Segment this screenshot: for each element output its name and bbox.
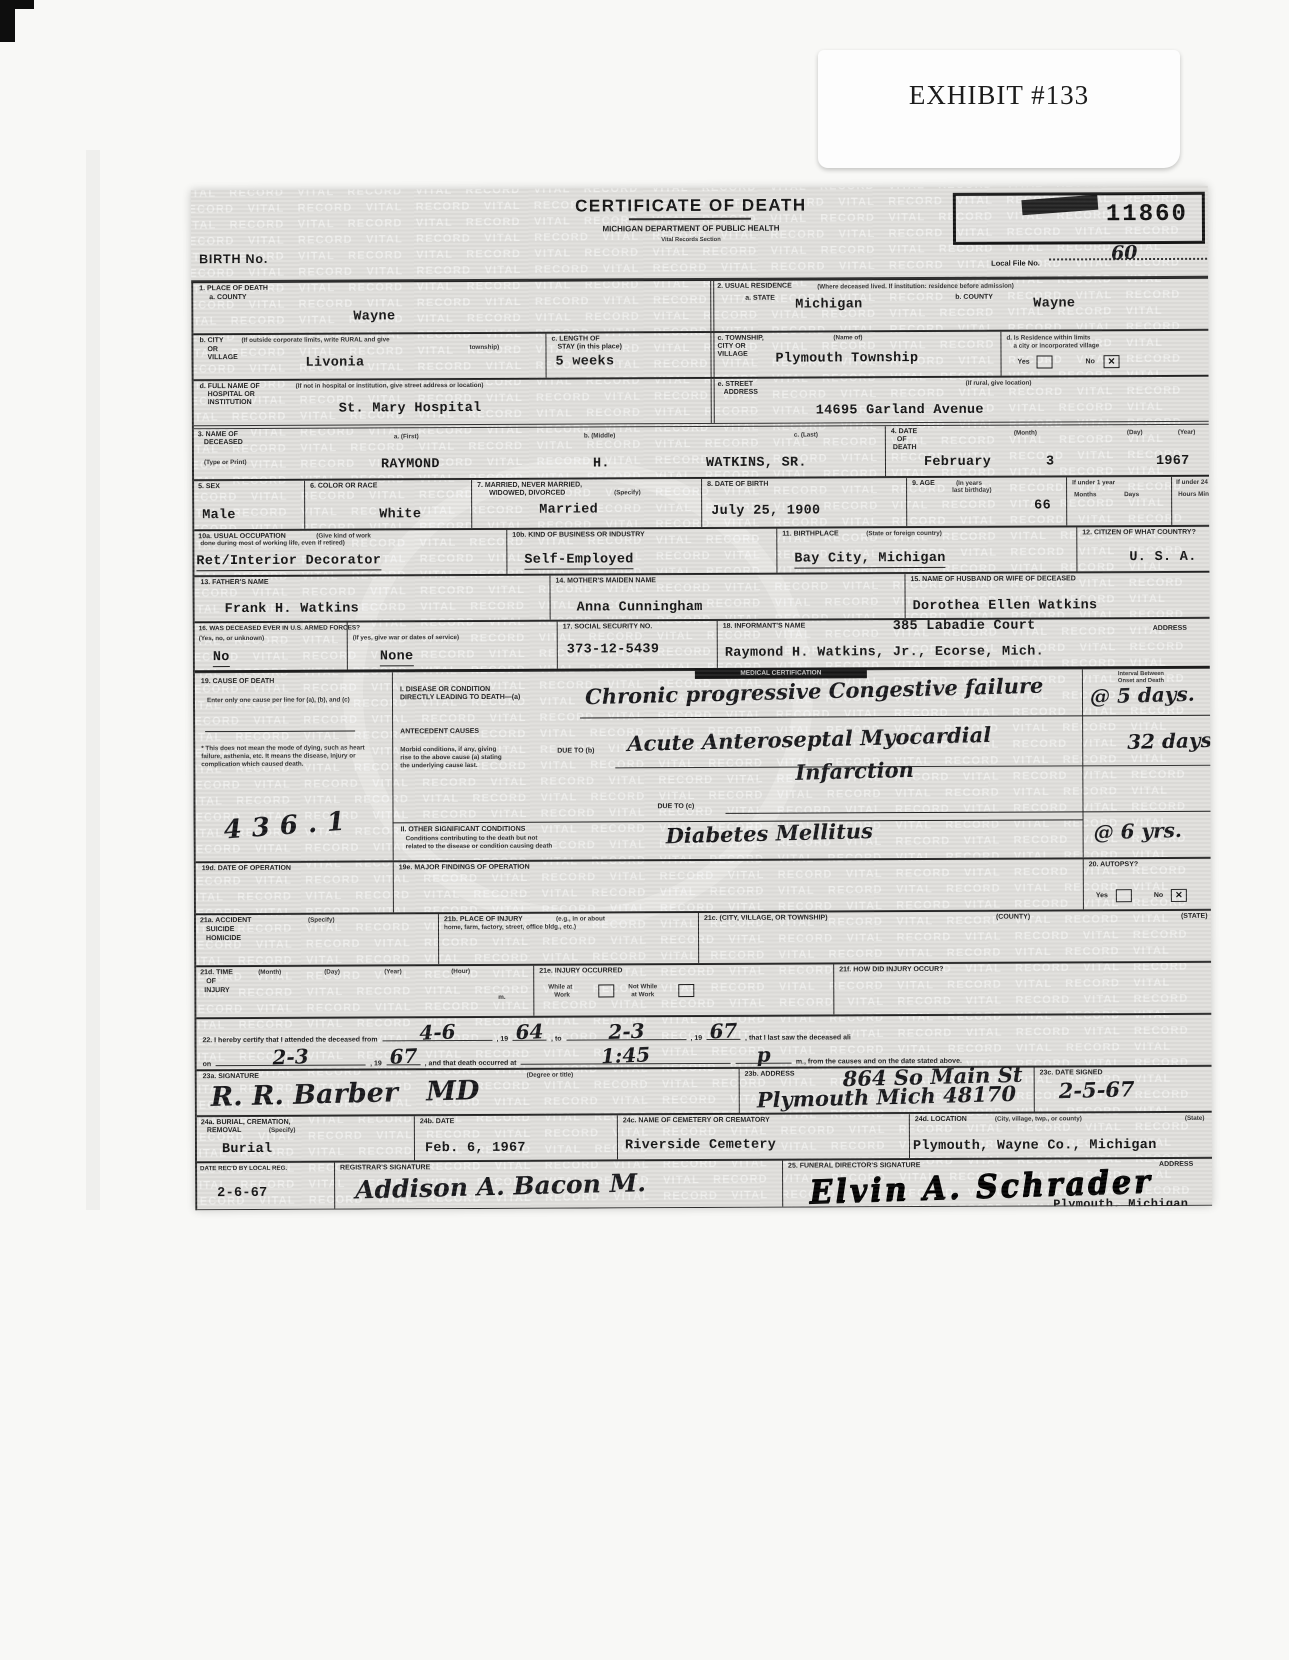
year1-value: 64: [515, 1019, 544, 1044]
part2-note1: Conditions contributing to the death but…: [406, 835, 538, 843]
autopsy-no-checkbox-checked: ✕: [1171, 889, 1187, 902]
form-body: 1. PLACE OF DEATH a. COUNTY Wayne 2. USU…: [191, 276, 1212, 1210]
year3-blank: 67: [386, 1054, 420, 1065]
hospital-value: St. Mary Hospital: [339, 402, 482, 417]
divider: [833, 964, 834, 1014]
under24-min-label: Min.: [1198, 491, 1211, 498]
exhibit-label: EXHIBIT #133: [818, 80, 1180, 111]
divider: [557, 622, 558, 669]
business-value: Self-Employed: [524, 553, 633, 569]
spouse-label: 15. NAME OF HUSBAND OR WIFE OF DECEASED: [910, 575, 1075, 584]
certify-pre: 22. I hereby certify that I attended the…: [202, 1036, 377, 1044]
county-label: a. COUNTY: [209, 294, 246, 302]
cause-note1: Enter only one cause per line for (a), (…: [207, 697, 357, 706]
informant-label: 18. INFORMANT'S NAME: [723, 623, 806, 631]
row-operation-autopsy: 19d. DATE OF OPERATION 19e. MAJOR FINDIN…: [196, 859, 1211, 915]
title-underline: [629, 218, 751, 221]
burial-date-value: Feb. 6, 1967: [425, 1142, 526, 1156]
divider: [1066, 477, 1067, 525]
divider: [393, 862, 394, 912]
last-name-label: c. (Last): [794, 431, 818, 438]
due-to-b-value2-handwritten: Infarction: [795, 757, 914, 785]
street-label2: ADDRESS: [724, 389, 758, 397]
row-name-dod: 3. NAME OF DECEASED (Type or Print) a. (…: [194, 425, 1209, 481]
row-place-residence: 1. PLACE OF DEATH a. COUNTY Wayne 2. USU…: [193, 279, 1208, 335]
row-physician-signature: 23a. SIGNATURE (Degree or title) R. R. B…: [197, 1067, 1212, 1117]
cemetery-value: Riverside Cemetery: [625, 1139, 776, 1154]
divider: [717, 621, 718, 668]
due-to-c-label: DUE TO (c): [657, 803, 694, 811]
birthplace-note: (State or foreign country): [866, 530, 942, 537]
ampm-blank: p: [735, 1053, 791, 1064]
death-time-blank: 1:45: [521, 1053, 731, 1065]
local-file-value: 60: [1111, 242, 1138, 265]
row-injury-place: 21a. ACCIDENT (Specify) SUICIDE HOMICIDE…: [196, 911, 1211, 967]
city-value: Livonia: [306, 356, 365, 370]
street-value: 14695 Garland Avenue: [816, 404, 984, 419]
city-note2: township): [469, 344, 499, 351]
rule: [726, 811, 1213, 814]
injury-hour-label: (Hour): [451, 968, 470, 975]
row-city-township: b. CITY (If outside corporate limits, wr…: [193, 331, 1208, 381]
cause-code-handwritten: 436.1: [223, 806, 356, 846]
marital-note: (Specify): [614, 489, 641, 496]
injury-occurred-label: 21e. INJURY OCCURRED: [539, 967, 622, 975]
state-value: Michigan: [795, 298, 862, 312]
business-label: 10b. KIND OF BUSINESS OR INDUSTRY: [512, 531, 644, 540]
county-value: Wayne: [353, 310, 395, 324]
city-label: b. CITY: [199, 337, 223, 345]
dod-label: 4. DATE: [891, 428, 917, 436]
row-certify-statement: 22. I hereby certify that I attended the…: [196, 1015, 1211, 1071]
limits-yes-checkbox: [1037, 355, 1053, 368]
divider: [1034, 1068, 1035, 1112]
hospital-note: (If not in hospital or institution, give…: [296, 382, 484, 390]
cemetery-label: 24c. NAME OF CEMETERY OR CREMATORY: [623, 1117, 770, 1126]
year1-blank: 64: [513, 1030, 547, 1041]
armed-forces-note: (Yes, no, or unknown): [199, 635, 264, 642]
ssn-value: 373-12-5439: [567, 643, 659, 657]
informant-address-label: ADDRESS: [1153, 625, 1187, 633]
certify-to: , to: [551, 1036, 562, 1043]
divider: [739, 1069, 740, 1113]
attended-from-blank: 4-6: [382, 1030, 492, 1041]
under24-label: If under 24 hrs.: [1176, 479, 1212, 486]
certify-tail1: , that I last saw the deceased ali: [745, 1034, 851, 1041]
birthplace-value: Bay City, Michigan: [794, 552, 945, 569]
dod-day-value: 3: [1046, 455, 1054, 469]
father-label: 13. FATHER'S NAME: [200, 579, 268, 587]
divider: [414, 1116, 415, 1160]
citizen-value: U. S. A.: [1129, 551, 1196, 565]
autopsy-label: 20. AUTOPSY?: [1089, 861, 1138, 869]
certify-19b: , 19: [690, 1035, 702, 1042]
certify-mid2: , and that death occurred at: [425, 1060, 517, 1067]
burial-date-label: 24b. DATE: [420, 1118, 455, 1126]
divider: [906, 478, 907, 526]
injury-time-label: 21d. TIME: [200, 969, 233, 977]
dob-value: July 25, 1900: [711, 504, 820, 518]
certificate-title: CERTIFICATE OF DEATH: [491, 195, 891, 217]
burial-note: (Specify): [269, 1127, 296, 1134]
scan-artifact-streak: [86, 150, 100, 1210]
divider: [1083, 859, 1084, 909]
injury-city-label: 21c. (CITY, VILLAGE, OR TOWNSHIP): [704, 914, 828, 923]
operation-date-label: 19d. DATE OF OPERATION: [202, 865, 291, 873]
dob-label: 8. DATE OF BIRTH: [707, 481, 768, 489]
row-registrar-funeral: DATE REC'D BY LOCAL REG. 2-6-67 REGISTRA…: [197, 1159, 1212, 1210]
part2-label: II. OTHER SIGNIFICANT CONDITIONS: [401, 826, 526, 835]
burial-value: Burial: [222, 1143, 272, 1157]
divider: [438, 914, 439, 964]
attended-to-value: 2-3: [607, 1019, 644, 1044]
date-received-label: DATE REC'D BY LOCAL REG.: [200, 1165, 287, 1173]
hospital-label3: INSTITUTION: [208, 399, 252, 407]
war-dates-value: None: [380, 650, 414, 666]
birthplace-label: 11. BIRTHPLACE: [782, 530, 838, 538]
divider: [701, 479, 702, 527]
scanned-page: EXHIBIT #133 VITAL RECORD VITAL RECORD V…: [0, 0, 1289, 1660]
autopsy-no-label: No: [1154, 892, 1163, 900]
location-label: 24d. LOCATION: [915, 1116, 967, 1124]
limits-no-label: No: [1086, 358, 1095, 366]
due-to-b-label: DUE TO (b): [557, 747, 594, 755]
city-village-label: VILLAGE: [207, 354, 237, 362]
department-line: MICHIGAN DEPARTMENT OF PUBLIC HEALTH: [491, 223, 891, 234]
township-label2: CITY OR: [717, 343, 745, 351]
funeral-address-label: ADDRESS: [1159, 1161, 1193, 1169]
attended-from-value: 4-6: [418, 1019, 455, 1044]
sex-label: 5. SEX: [198, 483, 220, 491]
medical-certification-header: MEDICAL CERTIFICATION: [695, 669, 867, 677]
death-time-value: 1:45: [601, 1042, 651, 1068]
injury-m-label: m.: [498, 994, 505, 1001]
middle-name-label: b. (Middle): [584, 432, 616, 439]
informant-address-value: 385 Labadie Court: [893, 620, 1036, 635]
due-to-b-interval-handwritten: 32 days: [1127, 728, 1212, 754]
limits-yes-label: Yes: [1018, 359, 1030, 367]
injury-time-label2: OF: [206, 978, 216, 986]
birth-no-label: BIRTH No.: [199, 252, 268, 266]
divider: [334, 1163, 335, 1209]
hospital-label2: HOSPITAL OR: [208, 391, 255, 399]
row-hospital-street: d. FULL NAME OF (If not in hospital or i…: [194, 377, 1209, 429]
father-value: Frank H. Watkins: [225, 602, 359, 617]
age-label: 9. AGE: [912, 480, 935, 488]
part1-label2: DIRECTLY LEADING TO DEATH—(a): [400, 694, 520, 703]
due-to-b-value-handwritten: Acute Anteroseptal Myocardial: [627, 722, 992, 756]
divider: [904, 574, 905, 618]
divider: [549, 576, 550, 620]
age-value: 66: [1034, 499, 1051, 513]
under1-label: If under 1 year: [1072, 479, 1115, 486]
while-at-work-checkbox: [598, 984, 614, 997]
date-received-value: 2-6-67: [217, 1187, 267, 1201]
stay-label2: STAY (in this place): [557, 343, 621, 351]
ink-smudge: [1021, 195, 1098, 216]
how-injury-label: 21f. HOW DID INJURY OCCUR?: [839, 966, 943, 974]
injury-day-label: (Day): [324, 969, 340, 976]
divider: [711, 379, 715, 423]
part1-interval-handwritten: @ 5 days.: [1090, 682, 1195, 709]
local-file-label: Local File No.: [991, 259, 1040, 268]
injury-place-note2: home, farm, factory, street, office bldg…: [444, 924, 576, 932]
divider: [1000, 332, 1001, 376]
marital-label: 7. MARRIED, NEVER MARRIED,: [477, 482, 582, 490]
rule: [205, 731, 355, 733]
divider: [776, 529, 777, 573]
injury-county-label: (COUNTY): [996, 914, 1030, 922]
place-of-death-label: 1. PLACE OF DEATH: [199, 285, 268, 293]
cause-label: 19. CAUSE OF DEATH: [201, 678, 274, 686]
while-at-label: While at: [548, 984, 572, 991]
under1-days-label: Days: [1124, 491, 1139, 498]
signature-note: (Degree or title): [527, 1072, 574, 1079]
ssn-label: 17. SOCIAL SECURITY NO.: [563, 623, 653, 631]
year2-value: 67: [709, 1018, 738, 1043]
part1-value-handwritten: Chronic progressive Congestive failure: [585, 673, 1044, 710]
limits-note: a city or incorporated village: [1013, 342, 1099, 349]
registrar-signature-handwritten: Addison A. Bacon M.: [355, 1168, 646, 1204]
injury-time-label3: INJURY: [204, 987, 229, 995]
certify-on: on: [203, 1061, 212, 1068]
accident-note: (Specify): [308, 917, 335, 924]
stay-value: 5 weeks: [556, 355, 615, 369]
attended-to-blank: 2-3: [566, 1029, 686, 1041]
row-cause-of-death: MEDICAL CERTIFICATION 19. CAUSE OF DEATH…: [195, 669, 1211, 863]
divider: [1076, 527, 1077, 571]
residence-county-value: Wayne: [1033, 297, 1075, 311]
section-line: Vital Records Section: [491, 236, 891, 244]
part2-note2: related to the disease or condition caus…: [406, 843, 553, 851]
injury-month-label: (Month): [258, 969, 281, 976]
occupation-value: Ret/Interior Decorator: [196, 554, 381, 571]
ampm-value: p: [756, 1042, 771, 1067]
registrar-label: REGISTRAR'S SIGNATURE: [340, 1164, 430, 1172]
mother-label: 14. MOTHER'S MAIDEN NAME: [555, 577, 655, 585]
operation-findings-label: 19e. MAJOR FINDINGS OF OPERATION: [399, 864, 530, 873]
city-note: (If outside corporate limits, write RURA…: [241, 336, 389, 344]
armed-forces-label: 16. WAS DECEASED EVER IN U.S. ARMED FORC…: [199, 624, 360, 633]
not-while-at-work-checkbox: [678, 984, 694, 997]
burial-label2: REMOVAL: [207, 1127, 242, 1135]
citizen-label: 12. CITIZEN OF WHAT COUNTRY?: [1082, 529, 1196, 537]
divider: [533, 966, 534, 1016]
row-demographics: 5. SEX Male 6. COLOR OR RACE White 7. MA…: [194, 477, 1209, 531]
residence-county-label: b. COUNTY: [955, 294, 993, 302]
not-at-work-label: at Work: [631, 991, 654, 998]
injury-place-note: (e.g., in or about: [556, 915, 605, 922]
township-value: Plymouth Township: [775, 352, 918, 367]
limits-no-checkbox-checked: ✕: [1104, 355, 1120, 368]
part2-interval-handwritten: @ 6 yrs.: [1093, 818, 1182, 844]
date-signed-label: 23c. DATE SIGNED: [1040, 1069, 1103, 1077]
armed-forces-value: No: [213, 651, 230, 667]
street-label: e. STREET: [718, 381, 753, 389]
dod-month-value: February: [924, 456, 991, 470]
cause-note2: * This does not mean the mode of dying, …: [201, 744, 379, 769]
spouse-value: Dorothea Ellen Watkins: [913, 599, 1098, 614]
death-certificate: VITAL RECORD VITAL RECORD VITAL RECORD V…: [191, 186, 1212, 1210]
informant-name-value: Raymond H. Watkins, Jr., Ecorse, Mich.: [725, 646, 1044, 661]
physician-signature-handwritten: R. R. Barber MD: [210, 1075, 480, 1113]
row-occupation: 10a. USUAL OCCUPATION (Give kind of work…: [194, 527, 1209, 577]
race-label: 6. COLOR OR RACE: [310, 482, 377, 490]
divider: [617, 1115, 618, 1159]
city-or-label: OR: [207, 346, 218, 354]
divider: [506, 530, 507, 574]
row-service-ssn-informant: 16. WAS DECEASED EVER IN U.S. ARMED FORC…: [195, 619, 1210, 673]
last-seen-blank: 2-3: [216, 1054, 366, 1066]
scan-artifact-corner2: [0, 0, 34, 9]
dod-year-value: 1967: [1156, 455, 1190, 469]
street-note: (If rural, give location): [966, 380, 1032, 387]
certify-19a: , 19: [496, 1036, 508, 1043]
divider: [698, 913, 699, 963]
armed-forces-note2: (If yes, give war or dates of service): [353, 634, 459, 641]
antecedent-label: ANTECEDENT CAUSES: [400, 728, 479, 736]
under1-months-label: Months: [1074, 491, 1096, 498]
autopsy-yes-label: Yes: [1096, 892, 1108, 900]
location-note: (City, village, twp., or county): [995, 1115, 1082, 1122]
divider: [471, 480, 472, 528]
year3-value: 67: [389, 1044, 418, 1069]
first-name-label: a. (First): [394, 433, 419, 440]
state-label: a. STATE: [745, 295, 775, 303]
antecedent-note3: the underlying cause last.: [400, 762, 477, 769]
divider: [1082, 669, 1084, 857]
divider: [1171, 477, 1172, 525]
row-burial: 24a. BURIAL, CREMATION, REMOVAL (Specify…: [197, 1113, 1212, 1163]
race-value: White: [379, 508, 421, 522]
certify-19c: , 19: [370, 1060, 382, 1067]
address-label: 23b. ADDRESS: [745, 1071, 795, 1079]
hospital-label: d. FULL NAME OF: [200, 383, 260, 391]
certificate-header: CERTIFICATE OF DEATH MICHIGAN DEPARTMENT…: [191, 186, 1208, 280]
age-note2: last birthday): [952, 487, 992, 494]
divider: [885, 426, 886, 476]
year2-blank: 67: [707, 1029, 741, 1040]
marital-label2: WIDOWED, DIVORCED: [489, 490, 565, 498]
rule: [580, 715, 1212, 719]
stay-label: c. LENGTH OF: [551, 335, 599, 343]
divider: [304, 481, 305, 529]
divider: [710, 281, 714, 331]
certificate-number-box: 11860: [953, 192, 1205, 245]
dod-year-label: (Year): [1178, 429, 1196, 436]
row-injury-time: 21d. TIME OF INJURY (Month) (Day) (Year)…: [196, 963, 1211, 1019]
name-note: (Type or Print): [204, 459, 247, 466]
funeral-director-label: 25. FUNERAL DIRECTOR'S SIGNATURE: [788, 1162, 920, 1171]
exhibit-sticker: EXHIBIT #133: [818, 50, 1180, 168]
dod-label3: DEATH: [893, 444, 917, 452]
while-work-label: Work: [554, 992, 570, 999]
name-label2: DECEASED: [204, 439, 243, 447]
injury-state-label: (STATE): [1181, 913, 1208, 921]
dod-month-label: (Month): [1014, 430, 1037, 437]
dod-day-label: (Day): [1127, 429, 1143, 436]
certificate-number: 11860: [1106, 201, 1188, 228]
homicide-label: HOMICIDE: [206, 935, 241, 943]
date-signed-value-handwritten: 2-5-67: [1058, 1076, 1134, 1103]
first-name-value: RAYMOND: [381, 458, 440, 472]
suicide-label: SUICIDE: [206, 926, 234, 934]
usual-residence-label: 2. USUAL RESIDENCE: [717, 283, 792, 291]
divider: [545, 334, 546, 378]
mother-value: Anna Cunningham: [577, 601, 703, 616]
part2-value-handwritten: Diabetes Mellitus: [665, 818, 873, 848]
injury-year-label: (Year): [384, 968, 402, 975]
sex-value: Male: [202, 509, 236, 523]
divider: [782, 1161, 783, 1207]
last-seen-value: 2-3: [272, 1044, 309, 1069]
usual-residence-note: (Where deceased lived. If institution: r…: [817, 283, 1014, 291]
divider: [710, 333, 714, 377]
occupation-note2: done during most of working life, even i…: [200, 540, 345, 548]
township-note: (Name of): [833, 334, 862, 341]
location-state-label: (State): [1185, 1115, 1205, 1122]
divider: [909, 1114, 910, 1158]
township-label: c. TOWNSHIP,: [717, 335, 763, 343]
address-value2-handwritten: Plymouth Mich 48170: [756, 1081, 1016, 1113]
not-while-label: Not While: [628, 983, 657, 990]
township-label3: VILLAGE: [717, 351, 747, 359]
antecedent-note1: Morbid conditions, if any, giving: [400, 746, 496, 753]
location-value: Plymouth, Wayne Co., Michigan: [913, 1139, 1157, 1154]
name-label: 3. NAME OF: [198, 431, 238, 439]
under24-hours-label: Hours: [1178, 491, 1196, 498]
marital-value: Married: [539, 503, 598, 517]
row-parents-spouse: 13. FATHER'S NAME Frank H. Watkins 14. M…: [194, 573, 1209, 623]
last-name-value: WATKINS, SR.: [706, 457, 807, 471]
limits-label: d. Is Residence within limits: [1006, 334, 1090, 341]
divider: [392, 672, 394, 860]
autopsy-yes-checkbox: [1116, 889, 1132, 902]
antecedent-note2: rise to the above cause (a) stating: [400, 754, 502, 761]
dod-label2: OF: [897, 436, 907, 444]
accident-label: 21a. ACCIDENT: [200, 917, 252, 925]
middle-name-value: H.: [593, 457, 610, 471]
